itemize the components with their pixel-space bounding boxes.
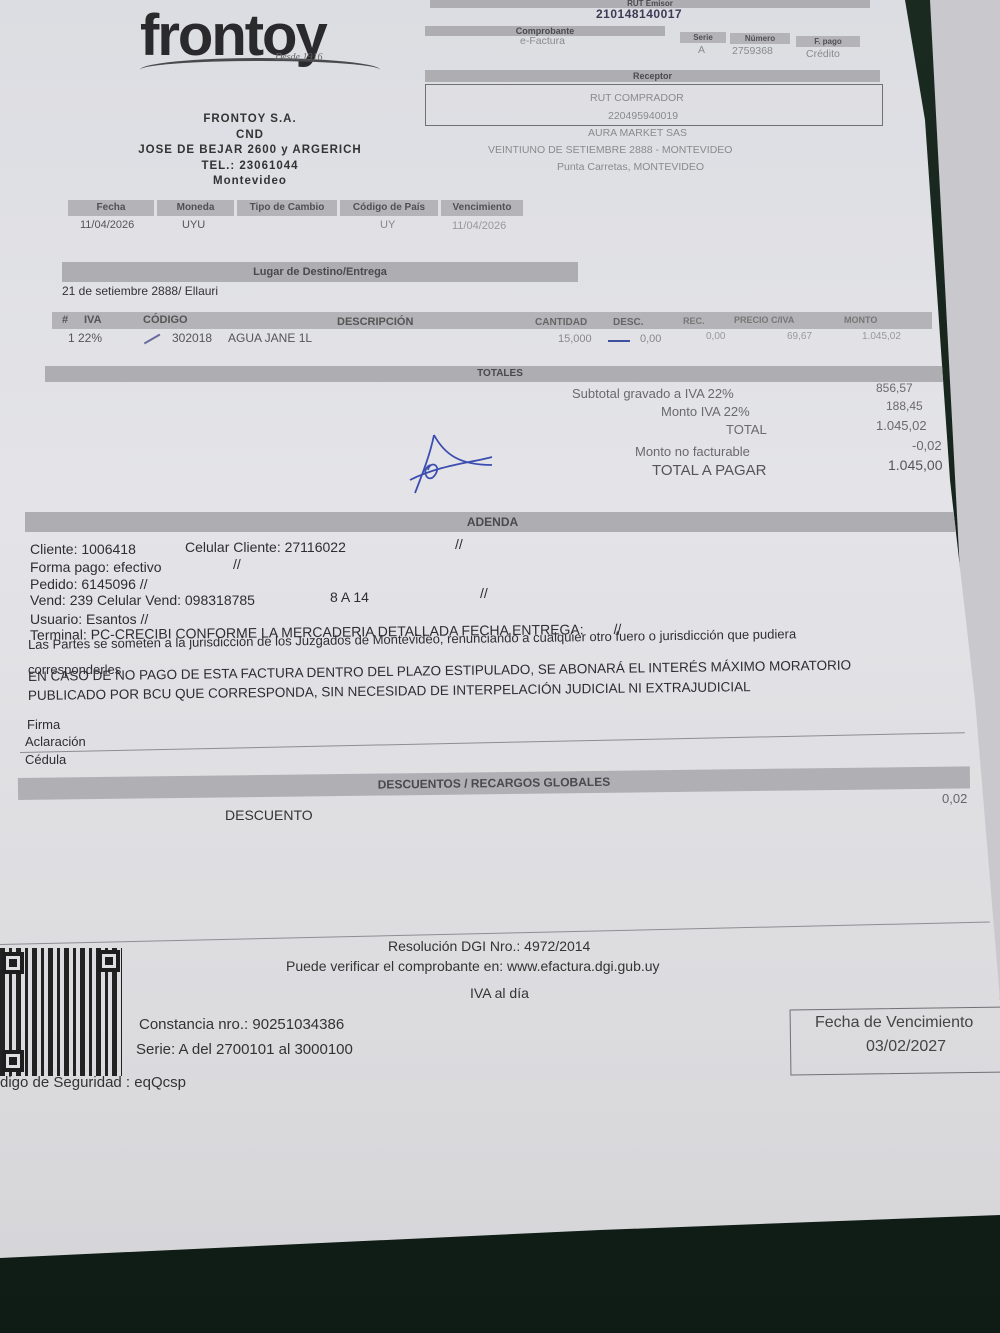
- item-precio: 69,67: [787, 331, 812, 342]
- delivery-value: 21 de setiembre 2888/ Ellauri: [62, 284, 218, 298]
- resolucion-dgi: Resolución DGI Nro.: 4972/2014: [388, 938, 590, 954]
- receptor-locality: Punta Carretas, MONTEVIDEO: [557, 161, 704, 173]
- issuer-block: FRONTOY S.A. CND JOSE DE BEJAR 2600 y AR…: [120, 112, 380, 190]
- info-vencimiento: 11/04/2026: [452, 220, 506, 232]
- monto-iva-label: Monto IVA 22%: [661, 404, 750, 419]
- qr-code[interactable]: [0, 948, 122, 1076]
- item-desc: 0,00: [640, 333, 661, 345]
- descuento-value: 0,02: [942, 791, 967, 806]
- qr-finder: [2, 1050, 24, 1072]
- rut-comprador-label: RUT COMPRADOR: [590, 92, 684, 104]
- adenda-horario: 8 A 14: [330, 589, 369, 606]
- adenda-celular-cliente: Celular Cliente: 27116022: [185, 539, 346, 556]
- info-header-tipo-cambio: Tipo de Cambio: [237, 200, 337, 216]
- subtotal-label: Subtotal gravado a IVA 22%: [572, 386, 734, 401]
- col-header-cantidad: CANTIDAD: [535, 317, 587, 328]
- col-header-desc: DESC.: [613, 317, 644, 328]
- forma-pago-header: F. pago: [796, 36, 860, 47]
- signature-line: [20, 732, 965, 753]
- item-num: 1: [68, 331, 75, 345]
- rut-emisor-value: 210148140017: [596, 7, 682, 21]
- col-header-iva: IVA: [84, 314, 102, 326]
- logo-tagline: Desde 1916: [275, 52, 323, 63]
- adenda-cliente: Cliente: 1006418: [30, 541, 136, 558]
- adenda-sep-3: //: [480, 585, 488, 602]
- totals-bar: TOTALES: [45, 366, 955, 382]
- col-header-codigo: CÓDIGO: [143, 314, 188, 326]
- vencimiento-label: Fecha de Vencimiento: [815, 1014, 973, 1032]
- total-label: TOTAL: [726, 422, 767, 437]
- issuer-phone: TEL.: 23061044: [120, 159, 380, 175]
- adenda-bar: ADENDA: [25, 512, 960, 532]
- pen-mark: [144, 334, 160, 344]
- monto-iva-value: 188,45: [886, 399, 923, 413]
- info-header-fecha: Fecha: [68, 200, 154, 216]
- col-header-rec: REC.: [683, 316, 705, 326]
- signature-scribble: [400, 425, 510, 500]
- receptor-bar: Receptor: [425, 70, 880, 82]
- delivery-label: Lugar de Destino/Entrega: [253, 266, 387, 278]
- delivery-bar: Lugar de Destino/Entrega: [62, 262, 578, 282]
- info-header-moneda: Moneda: [157, 200, 234, 216]
- adenda-sep-2: //: [233, 556, 241, 573]
- adenda-sep-1: //: [455, 536, 463, 553]
- adenda-cedula: Cédula: [25, 751, 66, 768]
- issuer-address: JOSE DE BEJAR 2600 y ARGERICH: [120, 143, 380, 159]
- descuentos-bar: DESCUENTOS / RECARGOS GLOBALES: [18, 766, 970, 800]
- issuer-line2: CND: [120, 128, 380, 144]
- item-iva: 22%: [78, 331, 102, 345]
- info-codigo-pais: UY: [380, 219, 395, 231]
- adenda-pedido: Pedido: 6145096 //: [30, 576, 148, 593]
- vencimiento-value: 03/02/2027: [866, 1038, 946, 1056]
- receptor-label: Receptor: [633, 71, 672, 81]
- issuer-name: FRONTOY S.A.: [120, 112, 380, 128]
- verificar-comprobante: Puede verificar el comprobante en: www.e…: [286, 958, 660, 974]
- iva-al-dia: IVA al día: [470, 985, 529, 1001]
- qr-finder: [98, 950, 120, 972]
- item-codigo: 302018: [172, 331, 212, 345]
- rut-comprador-value: 220495940019: [608, 110, 678, 122]
- codigo-seguridad: digo de Seguridad : eqQcsp: [0, 1074, 186, 1091]
- adenda-forma-pago: Forma pago: efectivo: [30, 559, 162, 576]
- info-fecha: 11/04/2026: [80, 219, 134, 231]
- item-descripcion: AGUA JANE 1L: [228, 331, 312, 345]
- col-header-num: #: [62, 314, 68, 326]
- serie-header: Serie: [680, 32, 726, 43]
- descuentos-label: DESCUENTOS / RECARGOS GLOBALES: [378, 775, 611, 792]
- info-moneda: UYU: [182, 219, 205, 231]
- info-header-vencimiento: Vencimiento: [441, 200, 523, 216]
- subtotal-value: 856,57: [876, 381, 913, 395]
- qr-finder: [2, 952, 24, 974]
- serie-rango: Serie: A del 2700101 al 3000100: [136, 1041, 353, 1058]
- pen-mark-dash: [608, 340, 630, 342]
- total-pagar-value: 1.045,00: [888, 457, 943, 473]
- item-cantidad: 15,000: [558, 333, 592, 345]
- constancia-numero: Constancia nro.: 90251034386: [139, 1016, 344, 1033]
- col-header-monto: MONTO: [844, 315, 877, 325]
- numero-value: 2759368: [732, 45, 773, 57]
- item-monto: 1.045,02: [862, 331, 901, 342]
- info-header-codigo-pais: Código de País: [340, 200, 438, 216]
- descuento-label: DESCUENTO: [225, 807, 313, 823]
- receptor-name: AURA MARKET SAS: [588, 127, 687, 139]
- numero-header: Número: [730, 33, 790, 44]
- adenda-firma: Firma: [27, 716, 60, 733]
- adenda-aclaracion: Aclaración: [25, 733, 86, 750]
- total-pagar-label: TOTAL A PAGAR: [652, 462, 767, 479]
- forma-pago-value: Crédito: [806, 48, 840, 60]
- no-facturable-label: Monto no facturable: [635, 444, 750, 459]
- no-facturable-value: -0,02: [912, 438, 942, 453]
- receptor-address: VEINTIUNO DE SETIEMBRE 2888 - MONTEVIDEO: [488, 144, 732, 156]
- col-header-descripcion: DESCRIPCIÓN: [337, 316, 413, 328]
- adenda-label: ADENDA: [467, 515, 518, 529]
- totals-label: TOTALES: [477, 368, 523, 379]
- adenda-vendedor: Vend: 239 Celular Vend: 098318785: [30, 592, 255, 609]
- issuer-city: Montevideo: [120, 174, 380, 190]
- col-header-precio: PRECIO C/IVA: [734, 315, 794, 325]
- total-value: 1.045,02: [876, 418, 927, 433]
- serie-value: A: [698, 44, 705, 56]
- item-rec: 0,00: [706, 331, 725, 342]
- invoice-sheet: frontoy Desde 1916 FRONTOY S.A. CND JOSE…: [0, 0, 1000, 1258]
- comprobante-value: e-Factura: [520, 35, 565, 47]
